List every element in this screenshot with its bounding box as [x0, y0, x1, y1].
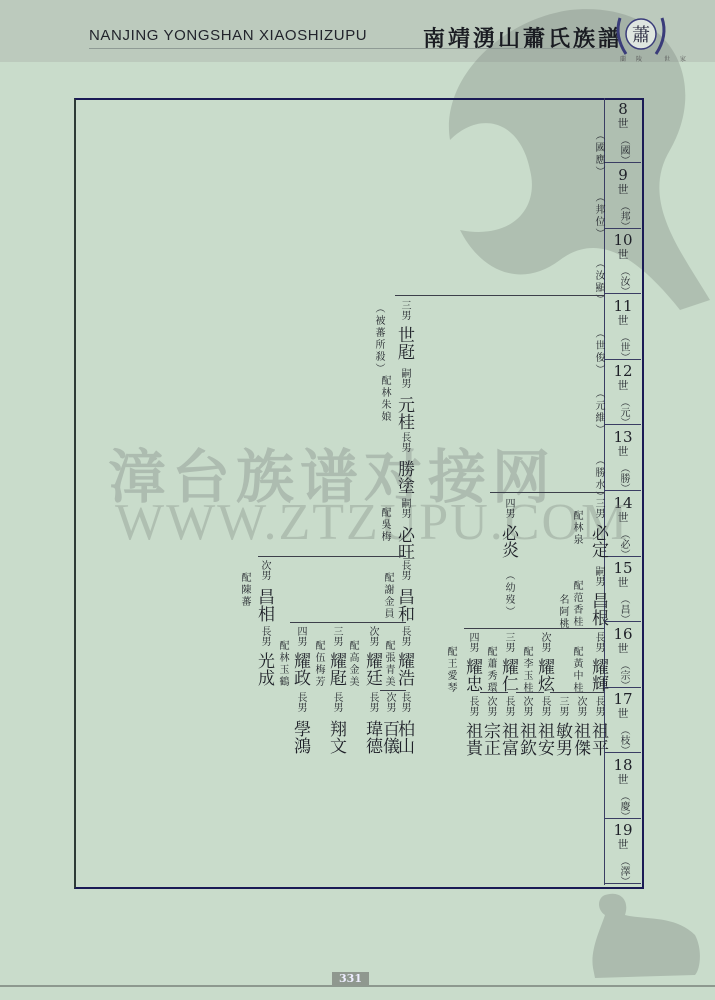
rel: 次男 [383, 692, 396, 712]
branch-line [258, 556, 406, 557]
spouse: 配蕭秀環 [484, 646, 497, 694]
rel: 長男 [294, 692, 307, 712]
rel: 長男 [398, 692, 411, 712]
person-name: 耀炫 [534, 658, 554, 692]
generation-cell: 13世（勝） [605, 426, 641, 491]
spouse: 配范香桂 [570, 580, 583, 628]
generation-cell: 15世（昌） [605, 557, 641, 622]
generation-cell: 17世（枝） [605, 688, 641, 753]
rel: 四男 [502, 498, 515, 518]
rel: 長男 [466, 696, 479, 716]
generation-column: 8世（國）9世（邦）10世（汝）11世（世）12世（元）13世（勝）14世（必）… [604, 98, 641, 885]
generation-num: 17 [605, 692, 641, 707]
person-name: 祖安 [534, 722, 554, 756]
rel: 長男 [258, 626, 271, 646]
branch-line [290, 622, 406, 623]
person-name: 祖平 [588, 722, 608, 756]
person-name: 耀廷 [362, 652, 382, 686]
ancestor-13: （勝水） [592, 455, 605, 503]
rel: 長男 [330, 692, 343, 712]
rel: 三男 [592, 498, 605, 518]
generation-cell: 9世（邦） [605, 164, 641, 229]
person-name: 昌和 [394, 588, 414, 622]
alias: 名阿桃 [556, 594, 569, 630]
ancestor-8: （國應） [592, 130, 605, 178]
spouse: 配林朱娘 [378, 375, 391, 423]
person-name: 光成 [254, 652, 274, 686]
person-name: 敏男 [552, 722, 572, 756]
person-name: 耀仁 [498, 658, 518, 692]
person-name: 元桂 [394, 396, 414, 430]
generation-num: 9 [605, 168, 641, 183]
header-divider [89, 48, 609, 49]
person-name: 翔文 [326, 720, 346, 754]
note: （幼歿） [502, 570, 515, 618]
generation-name: （元） [617, 397, 629, 427]
rel: 長男 [398, 432, 411, 452]
person-name: 祖富 [498, 722, 518, 756]
person-name: 必旺 [394, 526, 414, 560]
person-name: 耀輝 [588, 658, 608, 692]
generation-shi: 世 [605, 707, 641, 721]
generation-num: 13 [605, 430, 641, 445]
person-name: 祖傑 [570, 722, 590, 756]
generation-num: 11 [605, 299, 641, 314]
ancestor-12: （元維） [592, 388, 605, 436]
logo-caption: 蘭陵 世家 [620, 54, 696, 63]
spouse: 配吳梅 [378, 507, 391, 543]
person-name: 祖貴 [462, 722, 482, 756]
generation-shi: 世 [605, 445, 641, 459]
person-name: 昌根 [588, 592, 608, 626]
generation-name: （宗） [617, 660, 629, 690]
generation-name: （邦） [617, 201, 629, 231]
generation-shi: 世 [605, 117, 641, 131]
generation-name: （枝） [617, 725, 629, 755]
stone-lion-icon [585, 890, 705, 985]
person-name: 昌相 [254, 588, 274, 622]
generation-cell: 10世（汝） [605, 229, 641, 294]
spouse: 配張青美 [382, 640, 395, 688]
generation-name: （汝） [617, 266, 629, 296]
generation-num: 19 [605, 823, 641, 838]
rel: 次男 [538, 632, 551, 652]
spouse: 配黃中桂 [570, 646, 583, 694]
rel: 次男 [366, 626, 379, 646]
rel: 三男 [398, 300, 411, 320]
rel: 長男 [538, 696, 551, 716]
generation-cell: 19世（澤） [605, 819, 641, 884]
rel: 四男 [294, 626, 307, 646]
person-name: 耀浩 [394, 652, 414, 686]
generation-cell: 11世（世） [605, 295, 641, 360]
spouse: 配謝金員 [381, 572, 394, 620]
person-name: 耀政 [290, 652, 310, 686]
person-name: 百儀 [379, 720, 399, 754]
spouse: 配陳蕃 [238, 572, 251, 608]
spouse: 配王愛琴 [444, 646, 457, 694]
branch-line [550, 692, 604, 693]
rel: 次男 [574, 696, 587, 716]
generation-num: 8 [605, 102, 641, 117]
rel: 長男 [398, 560, 411, 580]
generation-cell: 12世（元） [605, 360, 641, 425]
generation-shi: 世 [605, 248, 641, 262]
generation-name: （昌） [617, 594, 629, 624]
spouse: 配李玉桂 [520, 646, 533, 694]
person-name: 宗正 [480, 722, 500, 756]
rel: 長男 [592, 696, 605, 716]
generation-name: （世） [617, 332, 629, 362]
rel: 次男 [484, 696, 497, 716]
generation-cell: 8世（國） [605, 98, 641, 163]
rel: 三男 [502, 632, 515, 652]
person-name: 必定 [588, 524, 608, 558]
branch-line [516, 692, 544, 693]
generation-shi: 世 [605, 838, 641, 852]
rel: 長男 [398, 626, 411, 646]
rel: 嗣男 [398, 498, 411, 518]
rel: 嗣男 [592, 566, 605, 586]
rel: 長男 [592, 632, 605, 652]
person-name: 祖欽 [516, 722, 536, 756]
generation-shi: 世 [605, 314, 641, 328]
generation-name: （勝） [617, 463, 629, 493]
rel: 次男 [258, 560, 271, 580]
rel: 嗣男 [398, 368, 411, 388]
rel: 四男 [466, 632, 479, 652]
generation-num: 12 [605, 364, 641, 379]
generation-num: 15 [605, 561, 641, 576]
rel: 長男 [502, 696, 515, 716]
generation-num: 16 [605, 627, 641, 642]
generation-num: 18 [605, 758, 641, 773]
generation-shi: 世 [605, 576, 641, 590]
spouse: 配伍梅芳 [312, 640, 325, 688]
generation-cell: 18世（慶） [605, 754, 641, 819]
page-number: 331 [332, 972, 369, 986]
ancestor-11: （世俊） [592, 328, 605, 376]
generation-name: （國） [617, 135, 629, 165]
generation-shi: 世 [605, 642, 641, 656]
ancestor-9: （邦位） [592, 192, 605, 240]
generation-num: 10 [605, 233, 641, 248]
person-name: 耀忠 [462, 658, 482, 692]
generation-shi: 世 [605, 183, 641, 197]
note: （被蕃所殺） [372, 303, 385, 375]
rel: 三男 [556, 696, 569, 716]
person-name: 瑋德 [362, 720, 382, 754]
header-title-en: NANJING YONGSHAN XIAOSHIZUPU [89, 27, 367, 44]
generation-shi: 世 [605, 773, 641, 787]
branch-line [490, 492, 605, 493]
generation-shi: 世 [605, 379, 641, 393]
spouse: 配林玉鶴 [276, 640, 289, 688]
branch-line [480, 692, 508, 693]
ancestor-10: （汝顯） [592, 258, 605, 306]
rel: 次男 [520, 696, 533, 716]
generation-name: （慶） [617, 791, 629, 821]
rel: 長男 [366, 692, 379, 712]
generation-cell: 16世（宗） [605, 623, 641, 688]
branch-line [464, 628, 604, 629]
person-name: 世屘 [394, 326, 414, 360]
svg-text:蕭: 蕭 [632, 25, 650, 46]
person-name: 耀屘 [326, 652, 346, 686]
person-name: 必炎 [498, 524, 518, 558]
rel: 三男 [330, 626, 343, 646]
person-name: 勝塗 [394, 460, 414, 494]
spouse: 配高金美 [346, 640, 359, 688]
watermark-url: WWW.ZTZUPU.COM [115, 493, 629, 552]
spouse: 配林泉 [570, 510, 583, 546]
branch-line [395, 295, 605, 296]
person-name: 學鴻 [290, 720, 310, 754]
generation-name: （澤） [617, 856, 629, 886]
